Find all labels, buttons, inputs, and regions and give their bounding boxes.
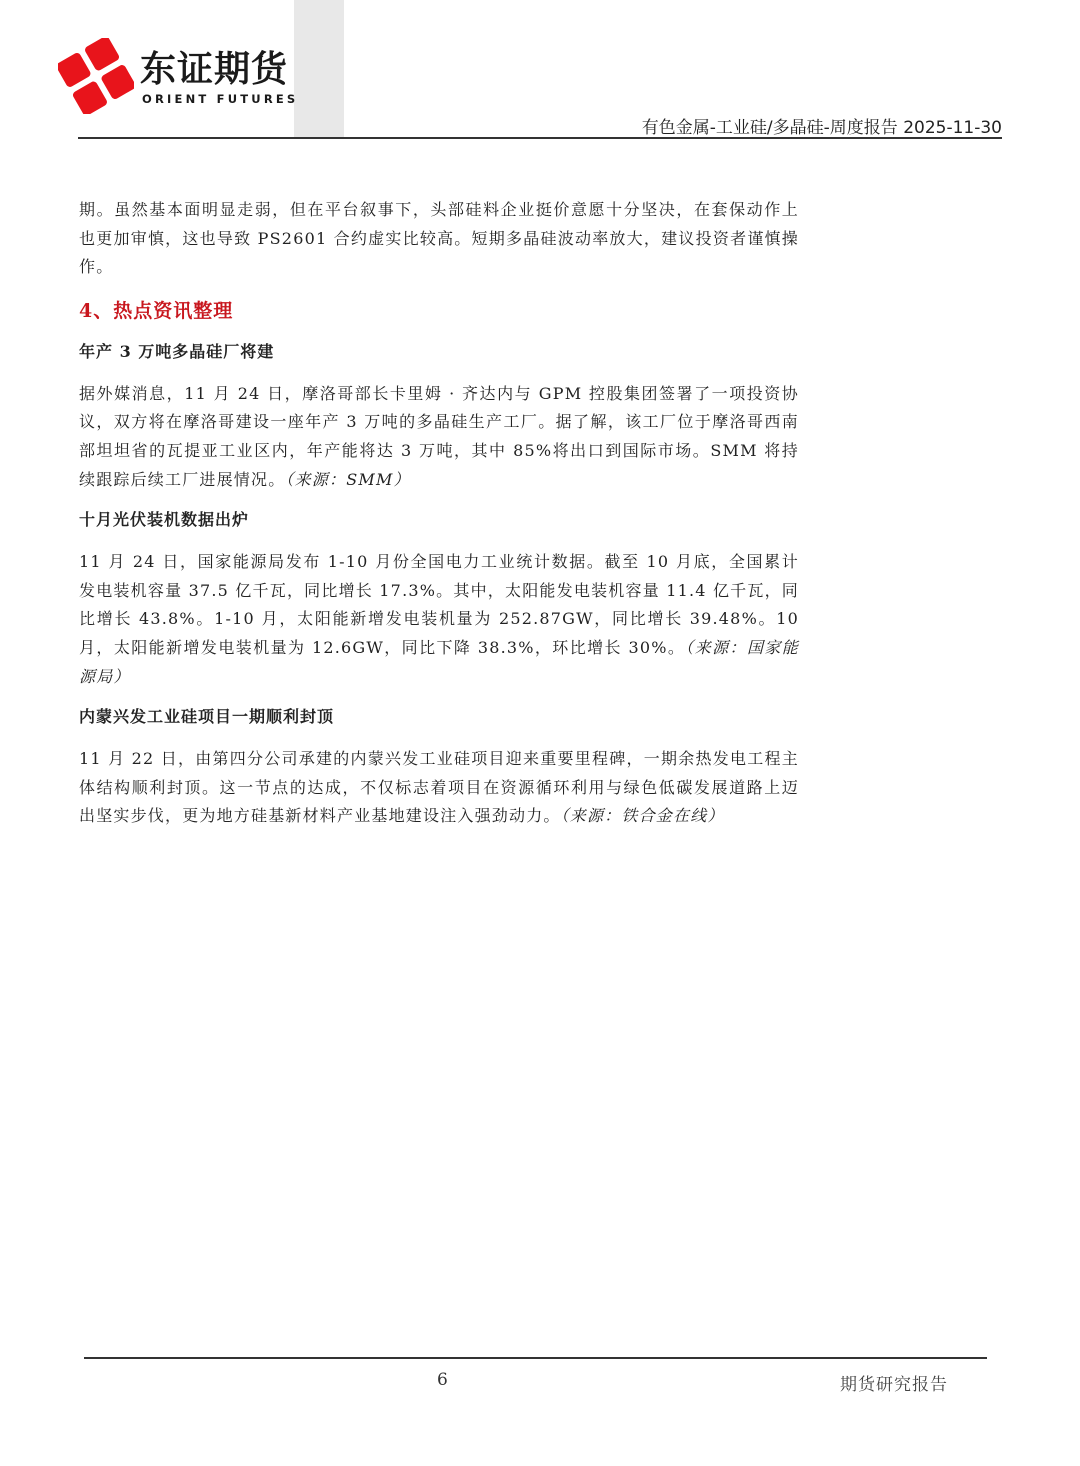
news-body: 11 月 22 日，由第四分公司承建的内蒙兴发工业硅项目迎来重要里程碑，一期余热… [79, 745, 799, 831]
news-title: 年产 3 万吨多晶硅厂将建 [79, 338, 799, 366]
report-body: 期。虽然基本面明显走弱，但在平台叙事下，头部硅料企业挺价意愿十分坚决，在套保动作… [79, 196, 799, 831]
brand-name-en: ORIENT FUTURES [142, 92, 298, 106]
news-source: （来源：铁合金在线） [561, 806, 725, 825]
report-title: 有色金属-工业硅/多晶硅-周度报告 2025-11-30 [642, 113, 1002, 138]
news-body: 据外媒消息，11 月 24 日，摩洛哥部长卡里姆 · 齐达内与 GPM 控股集团… [79, 380, 799, 494]
header-gray-band [294, 0, 344, 138]
header-divider [78, 137, 1002, 139]
news-title: 十月光伏装机数据出炉 [79, 506, 799, 534]
brand-name-cn: 东证期货 [140, 50, 288, 90]
intro-paragraph: 期。虽然基本面明显走弱，但在平台叙事下，头部硅料企业挺价意愿十分坚决，在套保动作… [79, 196, 799, 282]
footer-label: 期货研究报告 [840, 1370, 948, 1395]
page-number: 6 [437, 1370, 448, 1390]
section-title: 4、热点资讯整理 [79, 296, 799, 326]
orient-futures-logo-icon [58, 38, 134, 114]
news-source: （来源：SMM） [285, 470, 410, 489]
footer-divider [84, 1357, 987, 1359]
news-body: 11 月 24 日，国家能源局发布 1-10 月份全国电力工业统计数据。截至 1… [79, 548, 799, 691]
news-title: 内蒙兴发工业硅项目一期顺利封顶 [79, 703, 799, 731]
